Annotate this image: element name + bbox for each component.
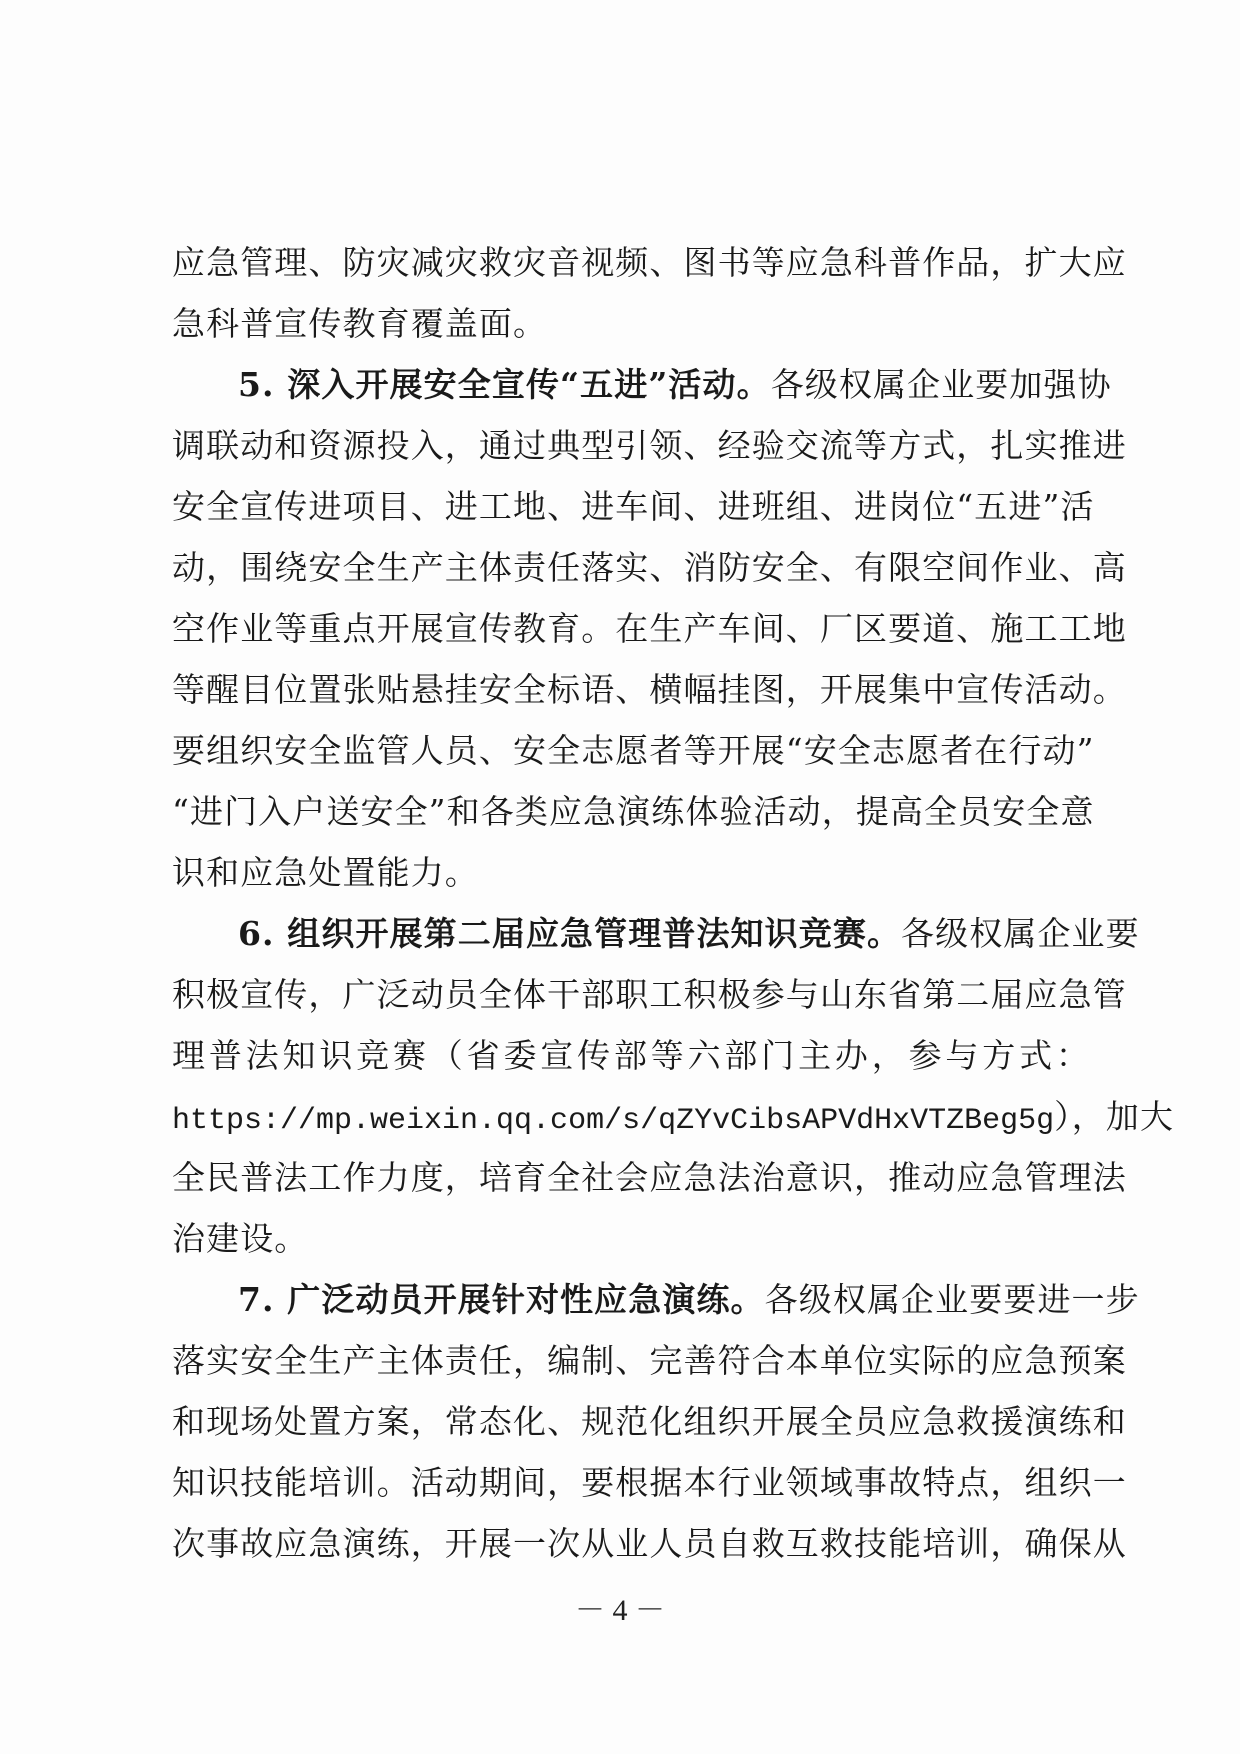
document-body: 应急管理、防灾减灾救灾音视频、图书等应急科普作品，扩大应 急科普宣传教育覆盖面。…: [172, 232, 1090, 1574]
text-line: 和现场处置方案，常态化、规范化组织开展全员应急救援演练和: [172, 1391, 1090, 1452]
text-run: 各级权属企业要要进一步: [765, 1280, 1140, 1319]
item-heading: 5. 深入开展安全宣传“五进”活动。: [238, 365, 771, 404]
text-line: 落实安全生产主体责任，编制、完善符合本单位实际的应急预案: [172, 1330, 1090, 1391]
text-line: 积极宣传，广泛动员全体干部职工积极参与山东省第二届应急管: [172, 964, 1090, 1025]
text-line: 应急管理、防灾减灾救灾音视频、图书等应急科普作品，扩大应: [172, 232, 1090, 293]
text-line: 次事故应急演练，开展一次从业人员自救互救技能培训，确保从: [172, 1513, 1090, 1574]
text-line: 全民普法工作力度，培育全社会应急法治意识，推动应急管理法: [172, 1147, 1090, 1208]
text-line: 治建设。: [172, 1208, 1090, 1269]
text-line: 要组织安全监管人员、安全志愿者等开展“安全志愿者在行动”: [172, 720, 1090, 781]
text-line: 等醒目位置张贴悬挂安全标语、横幅挂图，开展集中宣传活动。: [172, 659, 1090, 720]
text-line: 调联动和资源投入，通过典型引领、经验交流等方式，扎实推进: [172, 415, 1090, 476]
text-line: 理普法知识竞赛（省委宣传部等六部门主办，参与方式：: [172, 1025, 1090, 1086]
text-run: 各级权属企业要: [901, 914, 1140, 953]
text-line: 5. 深入开展安全宣传“五进”活动。各级权属企业要加强协: [172, 354, 1090, 415]
text-run: ），加大: [1054, 1097, 1174, 1136]
text-line: “进门入户送安全”和各类应急演练体验活动，提高全员安全意: [172, 781, 1090, 842]
document-page: 应急管理、防灾减灾救灾音视频、图书等应急科普作品，扩大应 急科普宣传教育覆盖面。…: [0, 0, 1240, 1754]
item-heading: 7. 广泛动员开展针对性应急演练。: [238, 1280, 765, 1319]
text-run: 各级权属企业要加强协: [771, 365, 1112, 404]
text-line: 急科普宣传教育覆盖面。: [172, 293, 1090, 354]
page-number: － 4 －: [0, 1585, 1240, 1629]
paragraph-item-5: 5. 深入开展安全宣传“五进”活动。各级权属企业要加强协 调联动和资源投入，通过…: [172, 354, 1090, 903]
text-line: 安全宣传进项目、进工地、进车间、进班组、进岗位“五进”活: [172, 476, 1090, 537]
text-line: 知识技能培训。活动期间，要根据本行业领域事故特点，组织一: [172, 1452, 1090, 1513]
text-line: 识和应急处置能力。: [172, 842, 1090, 903]
text-line: 动，围绕安全生产主体责任落实、消防安全、有限空间作业、高: [172, 537, 1090, 598]
paragraph-item-7: 7. 广泛动员开展针对性应急演练。各级权属企业要要进一步 落实安全生产主体责任，…: [172, 1269, 1090, 1574]
item-heading: 6. 组织开展第二届应急管理普法知识竞赛。: [238, 914, 901, 953]
text-line: 7. 广泛动员开展针对性应急演练。各级权属企业要要进一步: [172, 1269, 1090, 1330]
text-line: 空作业等重点开展宣传教育。在生产车间、厂区要道、施工工地: [172, 598, 1090, 659]
text-line: https://mp.weixin.qq.com/s/qZYvCibsAPVdH…: [172, 1086, 1090, 1147]
text-line: 6. 组织开展第二届应急管理普法知识竞赛。各级权属企业要: [172, 903, 1090, 964]
contest-link[interactable]: https://mp.weixin.qq.com/s/qZYvCibsAPVdH…: [172, 1104, 1054, 1138]
paragraph-item-6: 6. 组织开展第二届应急管理普法知识竞赛。各级权属企业要 积极宣传，广泛动员全体…: [172, 903, 1090, 1269]
paragraph-continued: 应急管理、防灾减灾救灾音视频、图书等应急科普作品，扩大应 急科普宣传教育覆盖面。: [172, 232, 1090, 354]
